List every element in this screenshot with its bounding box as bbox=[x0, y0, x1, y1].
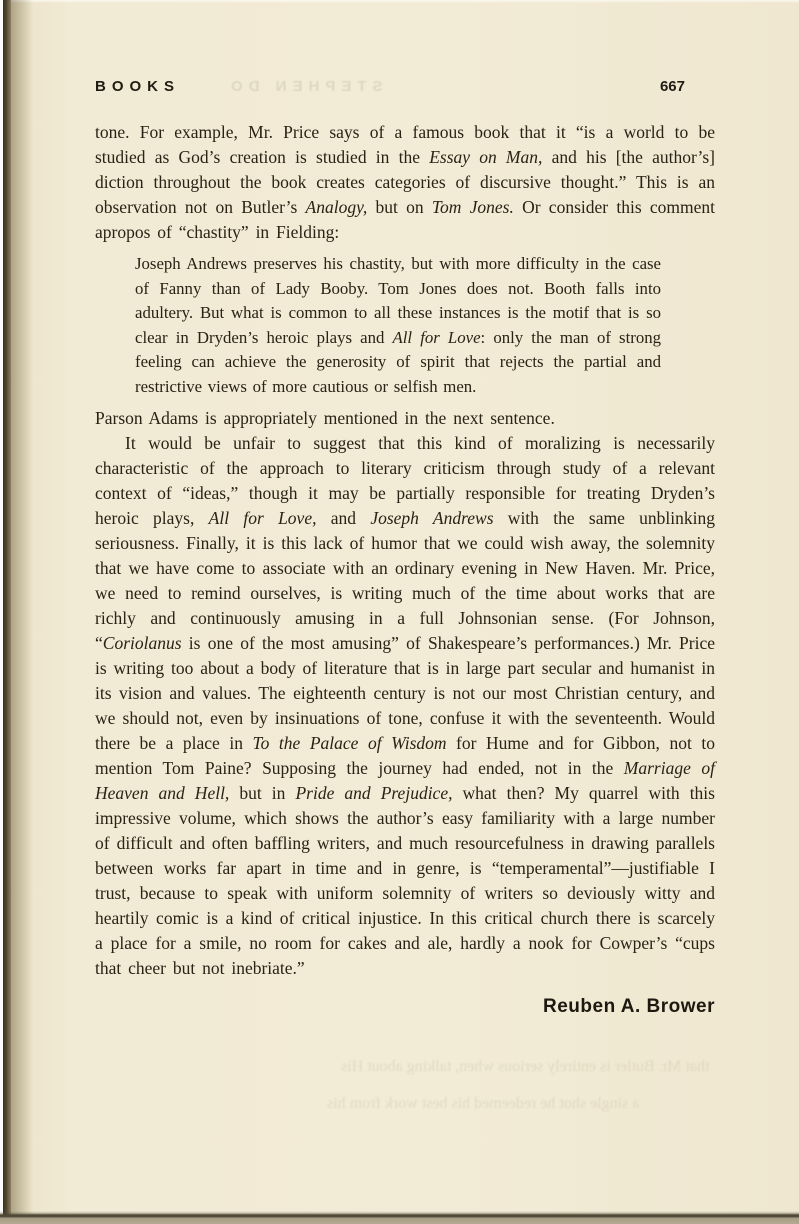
scanned-book-page: BOOKS STEPHEN DO 667 tone. For example, … bbox=[0, 0, 799, 1224]
scan-top-highlight bbox=[0, 0, 799, 3]
text-run: Parson Adams is appropriately mentioned … bbox=[95, 408, 555, 428]
body-text: tone. For example, Mr. Price says of a f… bbox=[95, 120, 715, 981]
paragraph: tone. For example, Mr. Price says of a f… bbox=[95, 120, 715, 245]
text-column: BOOKS STEPHEN DO 667 tone. For example, … bbox=[95, 78, 715, 1018]
italic-title: To the Palace of Wisdom bbox=[252, 733, 446, 753]
page-number: 667 bbox=[660, 78, 715, 95]
paragraph: It would be unfair to suggest that this … bbox=[95, 431, 715, 981]
bleed-through-line: a single shot he redeemed his best work … bbox=[327, 1095, 639, 1113]
italic-title: All for Love, bbox=[209, 508, 317, 528]
italic-title: Analogy, bbox=[306, 197, 368, 217]
bleed-through-line: that Mr. Butler is entirely serious when… bbox=[341, 1058, 709, 1076]
italic-title: Tom Jones. bbox=[432, 197, 514, 217]
text-run: what then? My quarrel with this impressi… bbox=[95, 783, 715, 978]
bleed-through-header-text: STEPHEN DO bbox=[225, 78, 383, 95]
text-run: and bbox=[316, 508, 370, 528]
text-run: with the same unblinking seriousness. Fi… bbox=[95, 508, 715, 653]
italic-title: All for Love bbox=[393, 328, 481, 347]
paragraph: Parson Adams is appropriately mentioned … bbox=[95, 406, 715, 431]
section-title: BOOKS bbox=[95, 78, 180, 95]
page-bottom-edge bbox=[0, 1211, 799, 1224]
block-quote: Joseph Andrews preserves his chastity, b… bbox=[135, 252, 661, 399]
italic-title: Pride and Prejudice, bbox=[295, 783, 452, 803]
italic-title: Joseph Andrews bbox=[370, 508, 493, 528]
text-run: but on bbox=[367, 197, 432, 217]
text-run: but in bbox=[229, 783, 295, 803]
italic-title: Coriolanus bbox=[103, 633, 182, 653]
running-header: BOOKS STEPHEN DO 667 bbox=[95, 78, 715, 95]
italic-title: Essay on Man, bbox=[429, 147, 542, 167]
reviewer-signature: Reuben A. Brower bbox=[95, 996, 715, 1018]
page-curvature-shadow bbox=[11, 0, 33, 1224]
book-gutter-shadow bbox=[3, 0, 11, 1224]
